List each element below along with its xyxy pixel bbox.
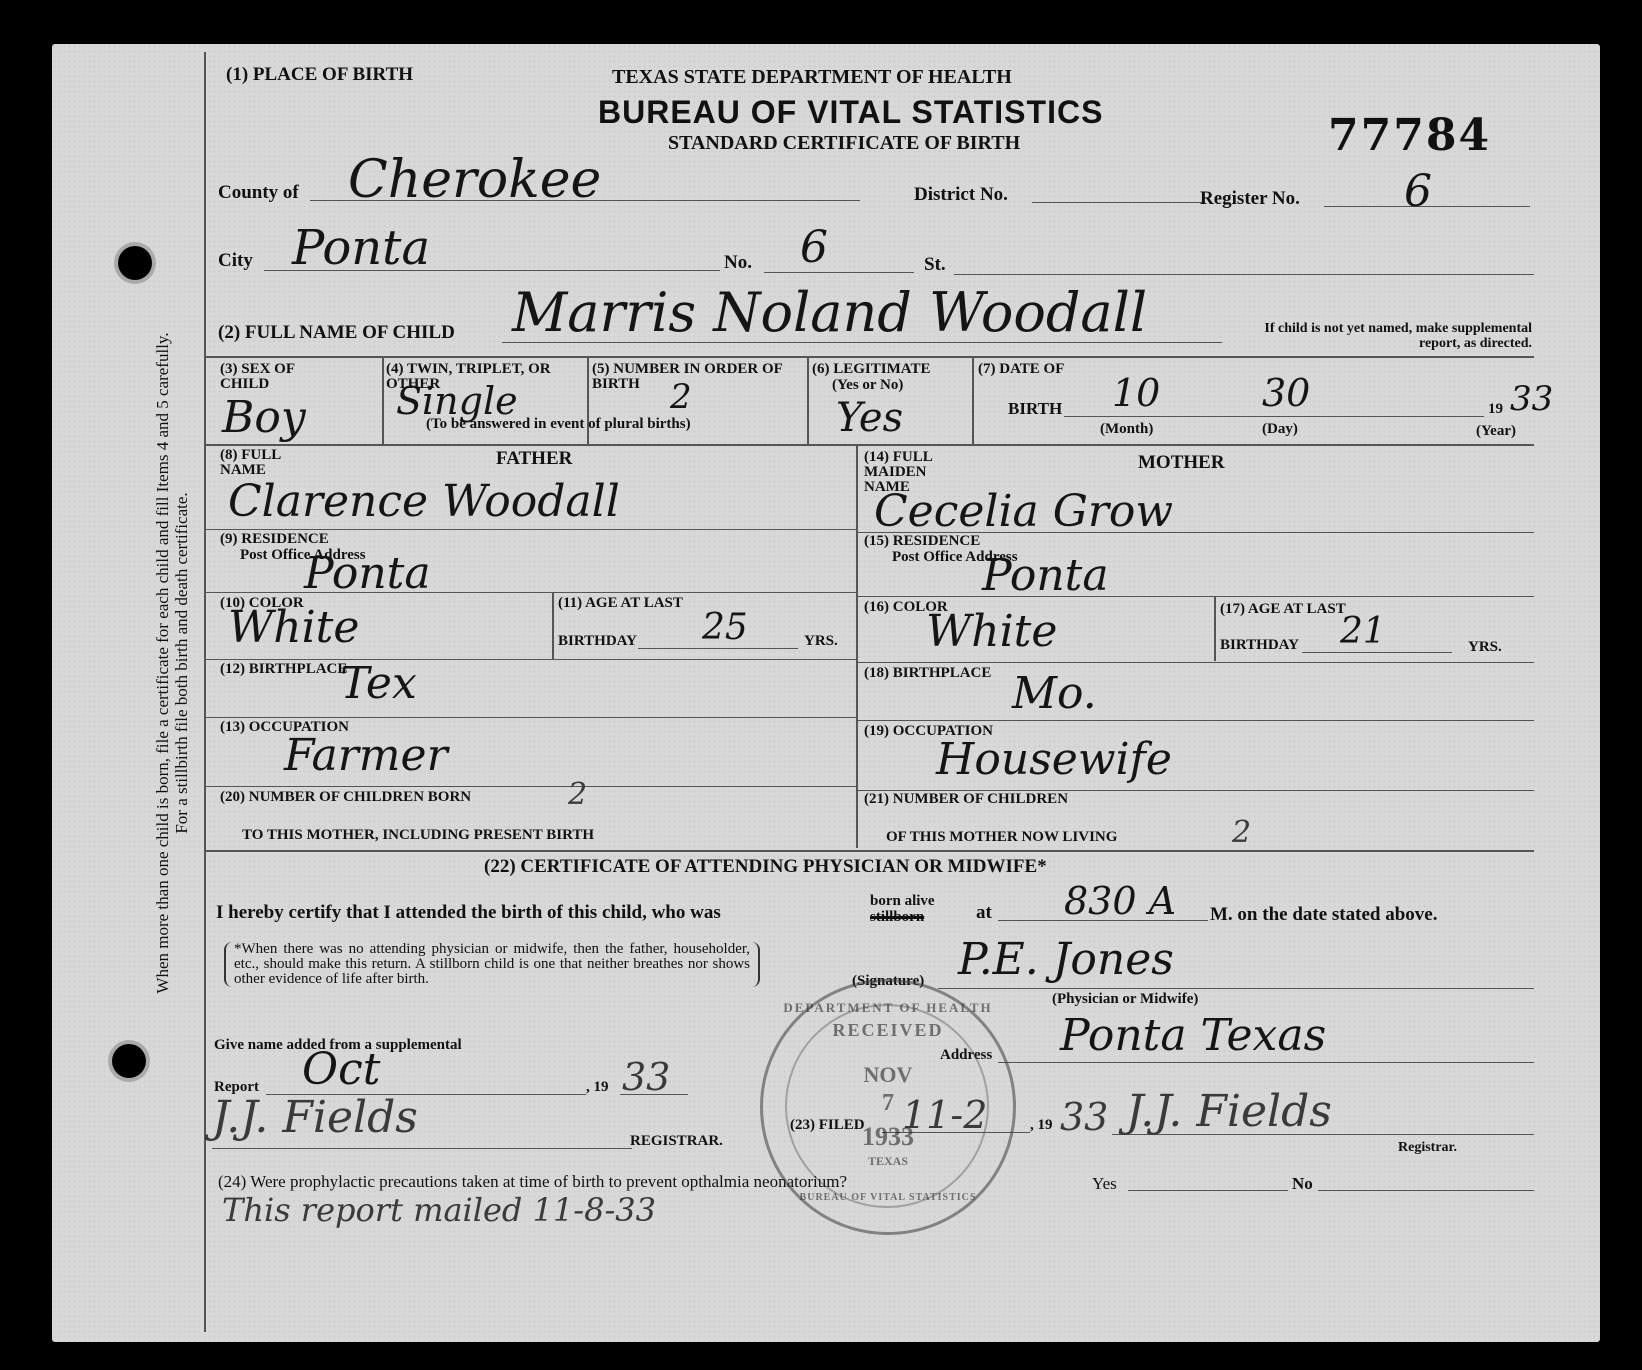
register-value: 6 — [1404, 170, 1432, 214]
divider — [552, 593, 554, 659]
agency-title: TEXAS STATE DEPARTMENT OF HEALTH — [612, 66, 1012, 89]
stamp-year: 1933 — [763, 1122, 1013, 1152]
children-living-value: 2 — [1232, 818, 1251, 848]
father-yrs-label: YRS. — [804, 634, 838, 649]
mother-age-value: 21 — [1340, 614, 1386, 650]
district-label: District No. — [914, 186, 1008, 203]
plural-note: (To be answered in event of plural birth… — [426, 416, 691, 433]
father-heading: FATHER — [496, 450, 572, 467]
street-no-value: 6 — [800, 226, 828, 270]
prophylactic-yes-label: Yes — [1092, 1174, 1117, 1194]
father-age-label: (11) AGE AT LAST — [558, 596, 683, 611]
mother-birthplace-label: (18) BIRTHPLACE — [864, 666, 991, 681]
stillborn-option: stillborn — [870, 910, 924, 925]
month-caption: (Month) — [1100, 422, 1153, 437]
father-birthplace-value: Tex — [340, 662, 417, 706]
stamp-received: RECEIVED — [763, 1020, 1013, 1041]
father-birthplace-label: (12) BIRTHPLACE — [220, 662, 347, 677]
street-label: St. — [924, 256, 946, 273]
mother-name-value: Cecelia Grow — [874, 490, 1173, 534]
order-value: 2 — [670, 380, 692, 414]
year-caption: (Year) — [1476, 424, 1516, 439]
prophylactic-no-label: No — [1292, 1176, 1313, 1191]
dob-year: 33 — [1510, 382, 1553, 416]
register-label: Register No. — [1200, 190, 1300, 207]
child-name-label: (2) FULL NAME OF CHILD — [218, 324, 455, 341]
rule — [858, 662, 1534, 663]
divider — [807, 358, 809, 444]
rule-parents — [204, 444, 1534, 446]
dob-line — [1064, 416, 1484, 417]
form-title: STANDARD CERTIFICATE OF BIRTH — [668, 132, 1020, 155]
yes-line — [1128, 1190, 1288, 1191]
rule — [204, 786, 856, 787]
father-color-value: White — [228, 606, 359, 650]
prophylactic-question: (24) Were prophylactic precautions taken… — [218, 1172, 847, 1192]
date-of-birth-label: (7) DATE OF — [978, 362, 1064, 377]
unnamed-note: If child is not yet named, make suppleme… — [1242, 321, 1532, 351]
parents-divider — [856, 446, 858, 848]
county-value: Cherokee — [348, 154, 601, 206]
signature-line — [938, 988, 1534, 989]
rule — [204, 592, 856, 593]
father-age-birthday-label: BIRTHDAY — [558, 634, 637, 649]
district-line — [1032, 202, 1202, 203]
sex-label: (3) SEX OF CHILD — [220, 362, 330, 392]
children-born-sub: TO THIS MOTHER, INCLUDING PRESENT BIRTH — [242, 828, 594, 843]
mother-age-label: (17) AGE AT LAST — [1220, 602, 1346, 617]
footnote-text: *When there was no attending physician o… — [234, 942, 750, 987]
filed-year-value: 33 — [1060, 1098, 1108, 1136]
children-living-label: (21) NUMBER OF CHILDREN — [864, 792, 1068, 807]
side-note-line-1: When more than one child is born, file a… — [153, 213, 172, 1113]
dob-month: 10 — [1112, 374, 1160, 412]
place-of-birth-label: (1) PLACE OF BIRTH — [226, 66, 413, 83]
father-name-value: Clarence Woodall — [228, 480, 620, 524]
street-no-label: No. — [724, 254, 752, 271]
order-label: (5) NUMBER IN ORDER OF BIRTH — [592, 362, 792, 392]
mother-yrs-label: YRS. — [1468, 640, 1502, 655]
filed-registrar-signature: J.J. Fields — [1126, 1090, 1332, 1134]
age-line — [638, 648, 798, 649]
child-name-value: Marris Noland Woodall — [512, 286, 1147, 340]
rule — [858, 596, 1534, 597]
received-stamp: DEPARTMENT OF HEALTH RECEIVED NOV 7 1933… — [760, 979, 1016, 1235]
birth-time-value: 830 A — [1064, 882, 1176, 920]
dob-birth-label: BIRTH — [1008, 400, 1062, 417]
rule-after-name — [204, 356, 1534, 358]
plurality-value: Single — [396, 382, 518, 420]
mother-color-value: White — [926, 610, 1057, 654]
street-no-line — [764, 272, 914, 273]
rule — [204, 659, 856, 660]
time-suffix: M. on the date stated above. — [1210, 906, 1437, 923]
certify-text: I hereby certify that I attended the bir… — [216, 904, 721, 921]
address-line — [998, 1062, 1534, 1063]
rule — [204, 717, 856, 718]
supplemental-registrar-signature: J.J. Fields — [212, 1096, 418, 1140]
punch-hole-top — [118, 246, 152, 280]
children-born-label: (20) NUMBER OF CHILDREN BORN — [220, 790, 471, 805]
dob-year-prefix: 19 — [1488, 402, 1503, 417]
stamp-month: NOV — [763, 1062, 1013, 1088]
legitimate-label: (6) LEGITIMATE — [812, 362, 930, 377]
report-month-value: Oct — [302, 1048, 380, 1092]
father-occupation-value: Farmer — [284, 734, 448, 778]
filed-year-prefix: , 19 — [1030, 1118, 1053, 1133]
father-residence-label: (9) RESIDENCE — [220, 532, 329, 547]
side-note-line-2: For a stillbirth file both birth and dea… — [172, 213, 191, 1113]
no-line — [1318, 1190, 1534, 1191]
children-living-sub: OF THIS MOTHER NOW LIVING — [886, 830, 1117, 845]
punch-hole-bottom — [112, 1044, 146, 1078]
children-born-value: 2 — [568, 780, 587, 810]
margin-rule — [204, 52, 206, 1332]
physician-heading: (22) CERTIFICATE OF ATTENDING PHYSICIAN … — [484, 858, 1047, 875]
at-label: at — [976, 904, 992, 921]
side-instructions: When more than one child is born, file a… — [153, 213, 191, 1113]
report-year-prefix: , 19 — [586, 1080, 609, 1095]
stamp-bottom: BUREAU OF VITAL STATISTICS — [763, 1192, 1013, 1203]
mother-age-birthday-label: BIRTHDAY — [1220, 638, 1299, 653]
dob-day: 30 — [1262, 374, 1310, 412]
supplemental-registrar-label: REGISTRAR. — [630, 1134, 723, 1149]
divider — [1214, 597, 1216, 661]
stamp-top: DEPARTMENT OF HEALTH — [763, 1000, 1013, 1016]
age-line — [1302, 652, 1452, 653]
stamp-state: TEXAS — [763, 1154, 1013, 1169]
county-label: County of — [218, 184, 299, 201]
physician-address-value: Ponta Texas — [1060, 1014, 1326, 1058]
mother-heading: MOTHER — [1138, 454, 1225, 471]
rule-physician — [204, 850, 1534, 852]
city-label: City — [218, 252, 253, 269]
divider — [382, 358, 384, 444]
rule — [858, 720, 1534, 721]
divider — [972, 358, 974, 444]
stamp-day: 7 — [763, 1090, 1013, 1117]
day-caption: (Day) — [1262, 422, 1298, 437]
physician-signature: P.E. Jones — [958, 938, 1174, 982]
stillborn-footnote: *When there was no attending physician o… — [224, 942, 760, 987]
registrar-line — [212, 1148, 632, 1149]
mother-residence-value: Ponta — [982, 554, 1109, 598]
father-residence-value: Ponta — [304, 552, 431, 596]
rule — [204, 529, 856, 530]
city-value: Ponta — [292, 224, 430, 272]
report-year-value: 33 — [622, 1058, 670, 1096]
father-name-label: (8) FULL NAME — [220, 448, 300, 478]
sex-value: Boy — [222, 396, 306, 440]
birth-certificate: When more than one child is born, file a… — [52, 44, 1600, 1342]
mother-residence-label: (15) RESIDENCE — [864, 534, 980, 549]
born-alive-option: born alive — [870, 894, 935, 909]
legitimate-value: Yes — [836, 398, 903, 438]
mother-birthplace-value: Mo. — [1012, 672, 1097, 716]
bureau-title: BUREAU OF VITAL STATISTICS — [598, 94, 1103, 131]
filed-registrar-label: Registrar. — [1398, 1140, 1457, 1155]
certificate-number: 77784 — [1328, 110, 1491, 161]
signature-sub: (Physician or Midwife) — [1052, 992, 1198, 1007]
mother-occupation-value: Housewife — [936, 738, 1172, 782]
mailed-note: This report mailed 11-8-33 — [222, 1194, 656, 1226]
legitimate-sub: (Yes or No) — [832, 378, 903, 393]
street-line — [954, 274, 1534, 275]
father-age-value: 25 — [702, 610, 748, 646]
